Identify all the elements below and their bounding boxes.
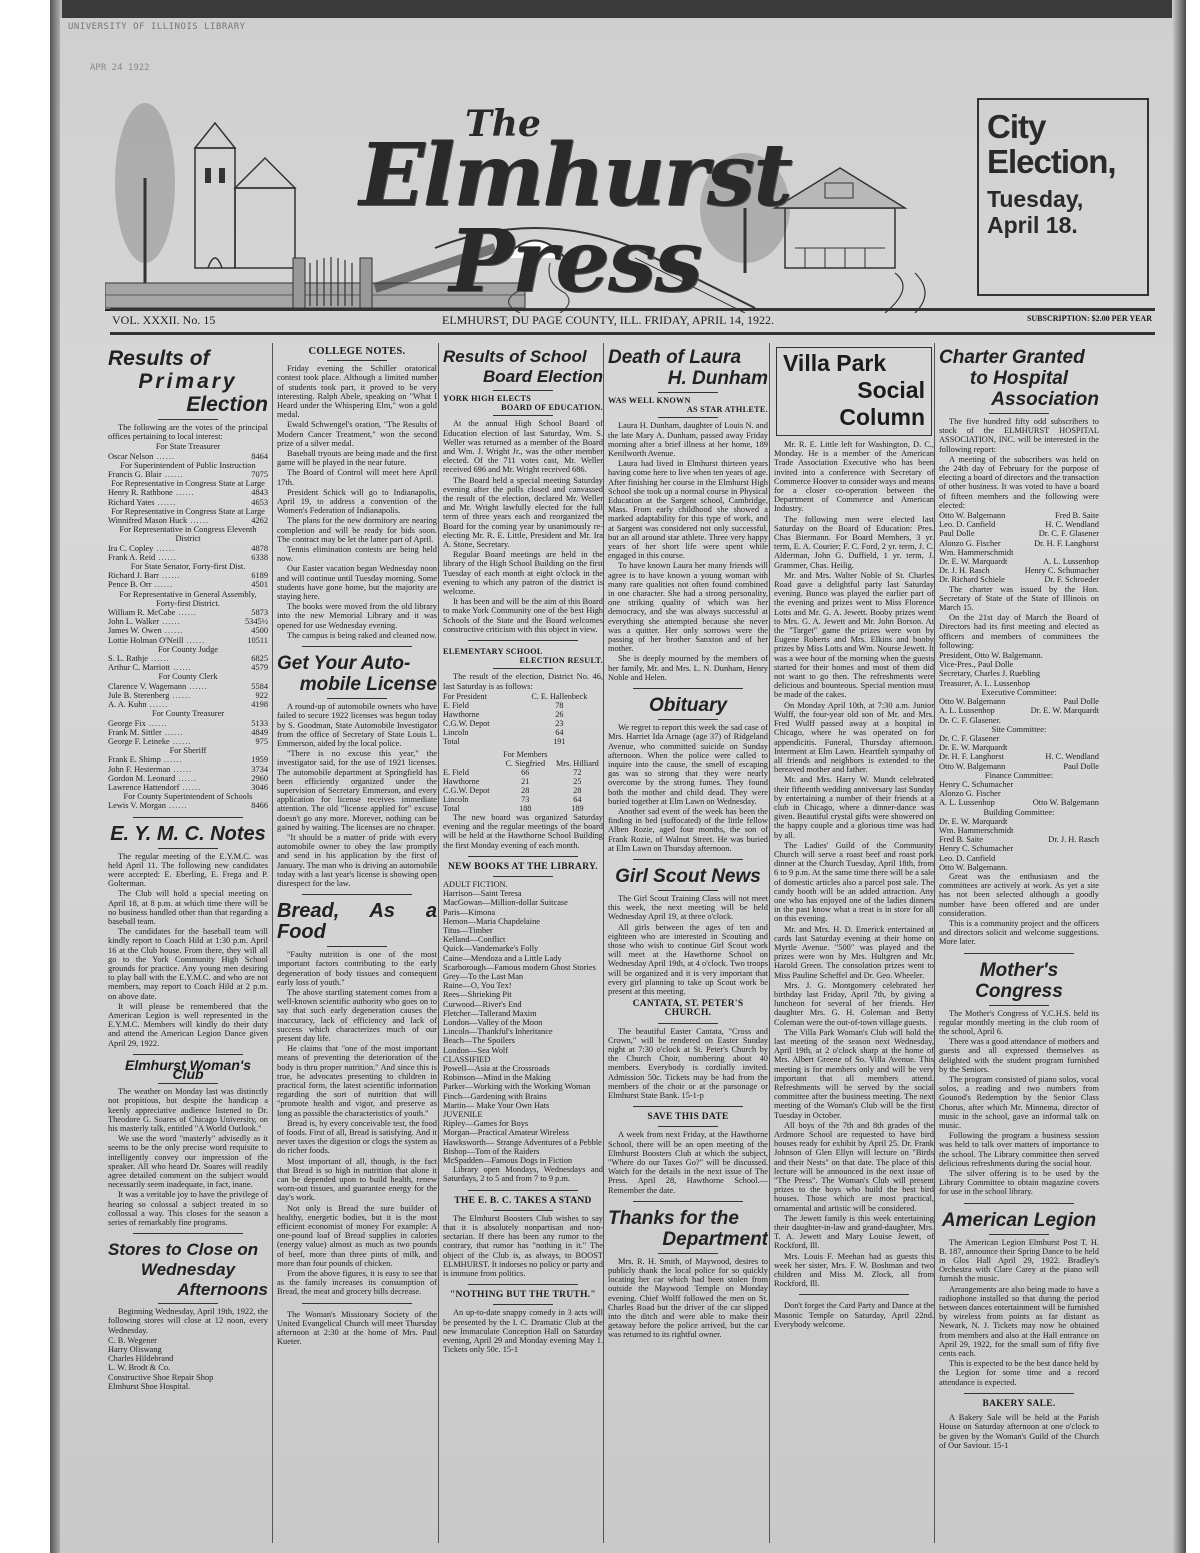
paragraph: On Monday April 10th, at 7:30 a.m. Junio… bbox=[774, 701, 934, 775]
cell: C.G.W. Depot bbox=[443, 786, 499, 795]
name-row: Dr. H. F. LanghorstH. C. Wendland bbox=[939, 752, 1099, 761]
ebc-body: The Elmhurst Boosters Club wishes to say… bbox=[443, 1214, 603, 1278]
name: Otto W. Balgemann bbox=[939, 697, 1005, 706]
candidate-name: Clarence V. Wagemann bbox=[108, 682, 208, 691]
name-row: Henry C. Schumacher bbox=[939, 780, 1099, 789]
book-item: Fletcher—Tallerand Maxim bbox=[443, 1009, 603, 1018]
divider bbox=[133, 1054, 243, 1055]
divider bbox=[799, 1294, 909, 1295]
paragraph: President Schick will go to Indianapolis… bbox=[277, 488, 437, 516]
candidate-name: George F. Leineke bbox=[108, 737, 191, 746]
cell: 28 bbox=[552, 786, 603, 795]
paragraph: The campus is being raked and cleaned no… bbox=[277, 631, 437, 640]
column-2: COLLEGE NOTES. Friday evening the Schill… bbox=[272, 343, 437, 1543]
divider bbox=[658, 417, 718, 418]
office-label: For County Judge bbox=[108, 645, 268, 654]
candidate-row: Oscar Nelson8464 bbox=[108, 452, 268, 461]
candidate-name: Lawrence Hattendorf bbox=[108, 783, 201, 792]
candidate-row: Henry R. Rathbone4843 bbox=[108, 488, 268, 497]
divider bbox=[493, 1210, 553, 1211]
candidate-name: Ira C. Copley bbox=[108, 544, 175, 553]
paragraph: "Faulty nutrition is one of the most imp… bbox=[277, 950, 437, 987]
candidate-name: Gordon M. Leonard bbox=[108, 774, 197, 783]
paragraph: The above startling statement comes from… bbox=[277, 988, 437, 1043]
divider bbox=[964, 1203, 1074, 1204]
candidate-name: Frank M. Sittler bbox=[108, 728, 183, 737]
vote-count: 4849 bbox=[251, 728, 268, 737]
cell: 25 bbox=[552, 777, 603, 786]
book-item: Lincoln—Thankful's Inheritance bbox=[443, 1027, 603, 1036]
vote-count: 1959 bbox=[251, 755, 268, 764]
name: Otto W. Balgemann bbox=[939, 762, 1005, 771]
paragraph: The charter was issued by the Hon. Secre… bbox=[939, 585, 1099, 613]
candidate-row: Ira C. Copley4878 bbox=[108, 544, 268, 553]
list-item: C. B. Wegener bbox=[108, 1336, 268, 1345]
list-item: President, Otto W. Balgemann. bbox=[939, 651, 1099, 660]
vote-count: 2960 bbox=[251, 774, 268, 783]
cell: 66 bbox=[499, 768, 552, 777]
paragraph: The Jewett family is this week entertain… bbox=[774, 1214, 934, 1251]
book-item: Titus—Timber bbox=[443, 926, 603, 935]
divider bbox=[989, 1234, 1049, 1235]
dunham-subhead: WAS WELL KNOWN AS STAR ATHLETE. bbox=[608, 396, 768, 414]
cell: E. Field bbox=[443, 768, 499, 777]
book-item: Kelland—Conflict bbox=[443, 935, 603, 944]
name-row: Paul DolleDr. C. F. Glasener bbox=[939, 529, 1099, 538]
name: Wm. Hammerschmidt bbox=[939, 826, 1013, 835]
paragraph: The American Legion Elmhurst Post T. H. … bbox=[939, 1238, 1099, 1284]
office-label: For County Treasurer bbox=[108, 709, 268, 718]
cell: Hawthorne bbox=[443, 777, 499, 786]
paragraph: Bread is, by every conceivable test, the… bbox=[277, 1119, 437, 1156]
paragraph: This is a community project and the offi… bbox=[939, 919, 1099, 947]
name-row: Dr. Richard SchieleDr. F. Schroeder bbox=[939, 575, 1099, 584]
thanks-headline: Thanks for the Department bbox=[608, 1208, 768, 1250]
vote-count: 922 bbox=[255, 691, 268, 700]
divider bbox=[658, 1253, 718, 1254]
candidate-name: A. A. Kuhn bbox=[108, 700, 168, 709]
total-row: Total191 bbox=[443, 737, 603, 746]
name-row: Wm. Hammerschmidt bbox=[939, 826, 1099, 835]
book-item: Robinson—Mind in the Making bbox=[443, 1073, 603, 1082]
list-item: Secretary, Charles J. Ruebling bbox=[939, 669, 1099, 678]
committee-name: Site Committee: bbox=[939, 725, 1099, 734]
name: Dr. J. H. Rasch bbox=[939, 566, 990, 575]
name-row: Dr. C. F. Glasener bbox=[939, 734, 1099, 743]
book-section-heading: JUVENILE bbox=[443, 1110, 603, 1119]
paragraph: "It should be a matter of pride with eve… bbox=[277, 833, 437, 888]
office-label: For County Superintendent of Schools bbox=[108, 792, 268, 801]
cell: 21 bbox=[499, 777, 552, 786]
divider bbox=[493, 668, 553, 669]
vote-count: 5345½ bbox=[245, 617, 268, 626]
office-label: For State Treasurer bbox=[108, 442, 268, 451]
subscription-price: SUBSCRIPTION: $2.00 PER YEAR bbox=[1027, 314, 1152, 323]
masthead-title: Elmhurst Press bbox=[275, 133, 875, 305]
name: Dr. E. W. Marquardt bbox=[939, 817, 1007, 826]
villa-park-body: Mr. R. E. Little left for Washington, D.… bbox=[774, 440, 934, 1288]
name: Dr. Richard Schiele bbox=[939, 575, 1005, 584]
cell: 188 bbox=[499, 804, 552, 813]
vote-count: 4198 bbox=[251, 700, 268, 709]
name: Otto W. Balgemann bbox=[1033, 798, 1099, 807]
book-item: Morgan—Practical Amateur Wireless bbox=[443, 1128, 603, 1137]
name: Dr. C. F. Glasener bbox=[1039, 529, 1099, 538]
paragraph: She is deeply mourned by the members of … bbox=[608, 654, 768, 682]
header-row: For Members bbox=[443, 750, 603, 759]
election-line-4: April 18. bbox=[987, 213, 1147, 238]
candidate-row: Richard Yates4653 bbox=[108, 498, 268, 507]
name: Dr. E. W. Marquardt bbox=[1031, 706, 1099, 715]
committee-name: Executive Committee: bbox=[939, 688, 1099, 697]
auto-license-body: A round-up of automobile owners who have… bbox=[277, 702, 437, 888]
divider bbox=[658, 1023, 718, 1024]
column-5: Villa Park Social Column Mr. R. E. Littl… bbox=[769, 343, 934, 1543]
paragraph: Mr. and Mrs. Walter Noble of St. Charles… bbox=[774, 571, 934, 700]
name-row: Otto W. BalgemannFred B. Saite bbox=[939, 511, 1099, 520]
column-6: Charter Granted to Hospital Association … bbox=[934, 343, 1099, 1543]
book-section-heading: ADULT FICTION. bbox=[443, 880, 603, 889]
eymc-body: The regular meeting of the E.Y.M.C. was … bbox=[108, 852, 268, 1048]
book-section-heading: CLASSIFIED bbox=[443, 1055, 603, 1064]
book-item: Ripley—Games for Boys bbox=[443, 1119, 603, 1128]
villa-park-headline: Villa Park Social Column bbox=[776, 347, 932, 436]
name-row: Otto W. BalgemannPaul Dolle bbox=[939, 762, 1099, 771]
name: Dr. C. F. Glasener. bbox=[939, 716, 1001, 725]
candidate-name: Pence B. Orr bbox=[108, 580, 173, 589]
cell bbox=[443, 750, 499, 759]
truth-body: An up-to-date snappy comedy in 3 acts wi… bbox=[443, 1308, 603, 1354]
election-line-3: Tuesday, bbox=[987, 187, 1147, 212]
cantata-body: The beautiful Easter Cantata, "Cross and… bbox=[608, 1027, 768, 1101]
name: H. C. Wendland bbox=[1045, 752, 1099, 761]
paragraph: Most important of all, though, is the fa… bbox=[277, 1157, 437, 1203]
truth-headline: "NOTHING BUT THE TRUTH." bbox=[443, 1291, 603, 1300]
cell: Total bbox=[443, 737, 516, 746]
candidate-row: Francis G. Blair7075 bbox=[108, 470, 268, 479]
book-item: Paris—Kimona bbox=[443, 908, 603, 917]
column-4: Death of Laura H. Dunham WAS WELL KNOWN … bbox=[603, 343, 768, 1543]
column-3: Results of School Board Election YORK HI… bbox=[438, 343, 603, 1543]
candidate-name: Richard Yates bbox=[108, 498, 176, 507]
cell: C. Siegfried bbox=[499, 759, 552, 768]
vote-count: 4843 bbox=[251, 488, 268, 497]
vote-count: 4653 bbox=[251, 498, 268, 507]
candidate-row: James W. Owen4500 bbox=[108, 626, 268, 635]
auto-license-headline: Get Your Auto- mobile License bbox=[277, 653, 437, 695]
paragraph: Mrs. J. G. Montgomery celebrated her bir… bbox=[774, 981, 934, 1027]
list-item: Harry Oliswang bbox=[108, 1345, 268, 1354]
paragraph: A round-up of automobile owners who have… bbox=[277, 702, 437, 748]
divider bbox=[133, 1233, 243, 1234]
table-row: Hawthorne2125 bbox=[443, 777, 603, 786]
paragraph: Ewald Schwengel's oration, "The Results … bbox=[277, 420, 437, 448]
committee-name: Building Committee: bbox=[939, 808, 1099, 817]
name: Dr. J. H. Rasch bbox=[1048, 835, 1099, 844]
vote-count: 4262 bbox=[251, 516, 268, 525]
candidate-row: Lottie Holman O'Neill10511 bbox=[108, 636, 268, 645]
candidate-row: Arthur C. Marriott4579 bbox=[108, 663, 268, 672]
paragraph: To have known Laura her many friends wil… bbox=[608, 561, 768, 653]
office-label: For Superintendent of Public Instruction bbox=[108, 461, 268, 470]
name: Otto W. Balgemann bbox=[939, 511, 1005, 520]
name: Fred B. Saite bbox=[1055, 511, 1099, 520]
paragraph: Not only is Bread the sure builder of he… bbox=[277, 1204, 437, 1268]
cell: 189 bbox=[552, 804, 603, 813]
divider bbox=[658, 392, 718, 393]
committee-name: Finance Committee: bbox=[939, 771, 1099, 780]
divider bbox=[964, 1393, 1074, 1394]
paragraph: The Mother's Congress of Y.C.H.S. held i… bbox=[939, 1009, 1099, 1037]
candidate-name: James W. Owen bbox=[108, 626, 183, 635]
divider bbox=[327, 360, 387, 361]
paragraph: Mr. and Mrs. Harry W. Mundt celebrated t… bbox=[774, 775, 934, 839]
header-row: For PresidentC. E. Hallenbeck bbox=[443, 692, 603, 701]
cell bbox=[443, 759, 499, 768]
candidate-name: Lottie Holman O'Neill bbox=[108, 636, 205, 645]
divider bbox=[158, 848, 218, 849]
name-row: Dr. E. W. MarquardtA. L. Lussenhop bbox=[939, 557, 1099, 566]
table-row: Lincoln64 bbox=[443, 728, 603, 737]
candidate-name: William R. McCabe bbox=[108, 608, 197, 617]
name: Paul Dolle bbox=[1063, 697, 1099, 706]
vote-count: 7075 bbox=[251, 470, 268, 479]
paragraph: All girls between the ages of ten and ei… bbox=[608, 923, 768, 997]
cell: Hawthorne bbox=[443, 710, 516, 719]
office-label: For Representative in Congress State at … bbox=[108, 479, 268, 488]
vote-count: 3734 bbox=[251, 765, 268, 774]
divider bbox=[658, 719, 718, 720]
header-row: C. SiegfriedMrs. Hilliard bbox=[443, 759, 603, 768]
candidate-name: Winnifred Mason Huck bbox=[108, 516, 209, 525]
president-results-table: For PresidentC. E. HallenbeckE. Field78H… bbox=[443, 692, 603, 746]
vote-count: 5584 bbox=[251, 682, 268, 691]
table-row: E. Field6672 bbox=[443, 768, 603, 777]
candidate-row: Frank A. Reid6338 bbox=[108, 553, 268, 562]
school-board-subhead: YORK HIGH ELECTS BOARD OF EDUCATION. bbox=[443, 394, 603, 412]
divider bbox=[493, 876, 553, 877]
book-item: Curwood—River's End bbox=[443, 1000, 603, 1009]
candidate-name: Henry R. Rathbone bbox=[108, 488, 195, 497]
name: H. C. Wendland bbox=[1045, 520, 1099, 529]
paragraph: Mr. and Mrs. H. D. Emerick entertained a… bbox=[774, 925, 934, 980]
school-board-headline: Results of School Board Election bbox=[443, 347, 603, 387]
vote-count: 5133 bbox=[251, 719, 268, 728]
paragraph: The Girl Scout Training Class will not m… bbox=[608, 894, 768, 922]
dateline: VOL. XXXII. No. 15 ELMHURST, DU PAGE COU… bbox=[112, 313, 1152, 329]
cell bbox=[552, 750, 603, 759]
divider bbox=[493, 390, 553, 391]
american-legion-body: The American Legion Elmhurst Post T. H. … bbox=[939, 1238, 1099, 1387]
paragraph: "There is no excuse this year," the inve… bbox=[277, 749, 437, 832]
divider bbox=[327, 946, 387, 947]
candidate-row: Gordon M. Leonard2960 bbox=[108, 774, 268, 783]
city-election-box: City Election, Tuesday, April 18. bbox=[977, 98, 1149, 296]
college-notes-headline: COLLEGE NOTES. bbox=[277, 347, 437, 356]
office-label: For Sheriff bbox=[108, 746, 268, 755]
book-item: Scarborough—Famous modern Ghost Stories bbox=[443, 963, 603, 972]
cell: Mrs. Hilliard bbox=[552, 759, 603, 768]
paragraph: The following men were elected last Satu… bbox=[774, 515, 934, 570]
paragraph: The books were moved from the old librar… bbox=[277, 602, 437, 630]
name-row: Leo. D. Canfield bbox=[939, 854, 1099, 863]
name: Henry C. Schumacher bbox=[939, 780, 1013, 789]
table-row: C.G.W. Depot23 bbox=[443, 719, 603, 728]
list-item: Elmhurst Shoe Hospital. bbox=[108, 1382, 268, 1391]
cell: 72 bbox=[552, 768, 603, 777]
book-item: Powell—Asia at the Crossroads bbox=[443, 1064, 603, 1073]
committees-list: Executive Committee:Otto W. BalgemannPau… bbox=[939, 688, 1099, 872]
cell: 64 bbox=[516, 728, 603, 737]
divider bbox=[493, 1304, 553, 1305]
vote-count: 975 bbox=[255, 737, 268, 746]
name: Henry C. Schumacher bbox=[1025, 566, 1099, 575]
divider bbox=[989, 1005, 1049, 1006]
school-board-body: At the annual High School Board of Educa… bbox=[443, 419, 603, 634]
paragraph: Another sad event of the week has been t… bbox=[608, 807, 768, 853]
name-row: A. L. LussenhopDr. E. W. Marquardt bbox=[939, 706, 1099, 715]
candidate-row: George F. Leineke975 bbox=[108, 737, 268, 746]
directors-list: Otto W. BalgemannFred B. SaiteLeo. D. Ca… bbox=[939, 511, 1099, 585]
vote-count: 4579 bbox=[251, 663, 268, 672]
name: Paul Dolle bbox=[939, 529, 975, 538]
paragraph: Baseball tryouts are being made and the … bbox=[277, 449, 437, 467]
vote-count: 4878 bbox=[251, 544, 268, 553]
book-item: Martin— Make Your Own Hats bbox=[443, 1101, 603, 1110]
cell: Lincoln bbox=[443, 795, 499, 804]
cell: Total bbox=[443, 804, 499, 813]
cell: Lincoln bbox=[443, 728, 516, 737]
name-row: Leo. D. CanfieldH. C. Wendland bbox=[939, 520, 1099, 529]
divider bbox=[302, 894, 412, 895]
paragraph: The plans for the new dormitory are near… bbox=[277, 516, 437, 544]
scan-right-edge bbox=[1172, 0, 1186, 1553]
candidate-name: Oscar Nelson bbox=[108, 452, 175, 461]
divider bbox=[327, 698, 387, 699]
missionary-notice: The Woman's Missionary Society of the Un… bbox=[277, 1310, 437, 1347]
book-item: Bishop—Tom of the Raiders bbox=[443, 1147, 603, 1156]
table-row: E. Field78 bbox=[443, 701, 603, 710]
paragraph: Regular Board meetings are held in the l… bbox=[443, 550, 603, 596]
paragraph: Mr. R. E. Little left for Washington, D.… bbox=[774, 440, 934, 514]
paragraph: He claims that "one of the most importan… bbox=[277, 1044, 437, 1118]
dunham-headline: Death of Laura H. Dunham bbox=[608, 347, 768, 389]
candidate-row: Winnifred Mason Huck4262 bbox=[108, 516, 268, 525]
name-row: A. L. LussenhopOtto W. Balgemann bbox=[939, 798, 1099, 807]
table-row: C.G.W. Depot2828 bbox=[443, 786, 603, 795]
paragraph: We use the word "masterly" advisedly as … bbox=[108, 1134, 268, 1189]
paragraph: Great was the enthusiasm and the committ… bbox=[939, 872, 1099, 918]
name-row: Dr. C. F. Glasener. bbox=[939, 716, 1099, 725]
office-label: For State Senator, Forty-first Dist. bbox=[108, 562, 268, 571]
cell: C. E. Hallenbeck bbox=[516, 692, 603, 701]
list-item: L. W. Brodt & Co. bbox=[108, 1363, 268, 1372]
name: Leo. D. Canfield bbox=[939, 520, 995, 529]
candidate-name: Richard J. Barr bbox=[108, 571, 181, 580]
name: Dr. E. W. Marquardt bbox=[939, 743, 1007, 752]
list-item: Charles Hildebrand bbox=[108, 1354, 268, 1363]
paragraph: It was a veritable joy to have the privi… bbox=[108, 1190, 268, 1227]
name-row: Wm. Hammerschmidt bbox=[939, 548, 1099, 557]
book-item: Parker—Working with the Working Woman bbox=[443, 1082, 603, 1091]
obituary-headline: Obituary bbox=[608, 695, 768, 716]
name: A. L. Lussenhop bbox=[939, 706, 995, 715]
office-label: For Representative in General Assembly, … bbox=[108, 590, 268, 608]
primary-election-headline: Results of Primary Election bbox=[108, 347, 268, 416]
candidate-row: Frank M. Sittler4849 bbox=[108, 728, 268, 737]
vote-count: 8464 bbox=[251, 452, 268, 461]
cell: C.G.W. Depot bbox=[443, 719, 516, 728]
book-item: Hemon—Maria Chapdelaine bbox=[443, 917, 603, 926]
book-item: London—Valley of the Moon bbox=[443, 1018, 603, 1027]
divider bbox=[633, 859, 743, 860]
table-row: Lincoln7364 bbox=[443, 795, 603, 804]
candidate-name: George Fix bbox=[108, 719, 167, 728]
paragraph: Laura H. Dunham, daughter of Louis N. an… bbox=[608, 421, 768, 458]
name: Leo. D. Canfield bbox=[939, 854, 995, 863]
book-item: Grey—To the Last Man bbox=[443, 972, 603, 981]
paragraph: The Board of Control will meet here Apri… bbox=[277, 468, 437, 486]
womans-club-body: The weather on Monday last was distinctl… bbox=[108, 1087, 268, 1227]
book-item: Finch—Gardening with Brains bbox=[443, 1092, 603, 1101]
divider bbox=[302, 1303, 412, 1304]
candidate-row: Lawrence Hattendorf3046 bbox=[108, 783, 268, 792]
library-hours: Library open Mondays, Wednesdays and Sat… bbox=[443, 1165, 603, 1183]
name-row: Otto W. BalgemannPaul Dolle bbox=[939, 697, 1099, 706]
divider bbox=[468, 856, 578, 857]
name: Dr. H. F. Langhorst bbox=[1034, 539, 1099, 548]
stores-intro: Beginning Wednesday, April 19th, 1922, t… bbox=[108, 1307, 268, 1335]
divider bbox=[468, 640, 578, 641]
vote-count: 4501 bbox=[251, 580, 268, 589]
paragraph: Arrangements are also being made to have… bbox=[939, 1285, 1099, 1359]
new-books-list: ADULT FICTION.Harrison—Saint TeresaMacGo… bbox=[443, 880, 603, 1165]
stores-close-headline: Stores to Close on Wednesday Afternoons bbox=[108, 1240, 268, 1300]
paragraph: The Club will hold a special meeting on … bbox=[108, 889, 268, 926]
hospital-closing: Great was the enthusiasm and the committ… bbox=[939, 872, 1099, 947]
election-line-1: City bbox=[987, 110, 1147, 145]
paragraph: This is expected to be the best dance he… bbox=[939, 1359, 1099, 1387]
name: Henry C. Schumacher bbox=[939, 844, 1013, 853]
name: A. L. Lussenhop bbox=[939, 798, 995, 807]
hospital-body: The five hundred fifty odd subscribers t… bbox=[939, 417, 1099, 510]
book-item: MacGowan—Million-dollar Suitcase bbox=[443, 898, 603, 907]
cell: 64 bbox=[552, 795, 603, 804]
candidate-row: S. L. Rathje6825 bbox=[108, 654, 268, 663]
name: Dr. E. W. Marquardt bbox=[939, 557, 1007, 566]
total-row: Total188189 bbox=[443, 804, 603, 813]
cell: For President bbox=[443, 692, 516, 701]
name: Alonzo G. Fischer bbox=[939, 789, 1001, 798]
paragraph: Mrs. Louis F. Meehan had as guests this … bbox=[774, 1252, 934, 1289]
primary-intro: The following are the votes of the princ… bbox=[108, 423, 268, 441]
paragraph: We regret to report this week the sad ca… bbox=[608, 723, 768, 806]
name-row: Henry C. Schumacher bbox=[939, 844, 1099, 853]
ebc-headline: THE E. B. C. TAKES A STAND bbox=[443, 1197, 603, 1206]
paragraph: The program consisted of piano solos, vo… bbox=[939, 1075, 1099, 1130]
office-label: For County Clerk bbox=[108, 672, 268, 681]
paragraph: A meeting of the subscribers was held on… bbox=[939, 455, 1099, 510]
paragraph: There was a good attendance of mothers a… bbox=[939, 1037, 1099, 1074]
library-stamp: UNIVERSITY OF ILLINOIS LIBRARY bbox=[68, 22, 246, 32]
cell: 78 bbox=[516, 701, 603, 710]
name: Dr. C. F. Glasener bbox=[939, 734, 999, 743]
girl-scout-body: The Girl Scout Training Class will not m… bbox=[608, 894, 768, 996]
vote-count: 6189 bbox=[251, 571, 268, 580]
place-date: ELMHURST, DU PAGE COUNTY, ILL. FRIDAY, A… bbox=[442, 313, 774, 328]
candidate-name: Francis G. Blair bbox=[108, 470, 183, 479]
elementary-subhead: ELEMENTARY SCHOOL ELECTION RESULT. bbox=[443, 647, 603, 665]
